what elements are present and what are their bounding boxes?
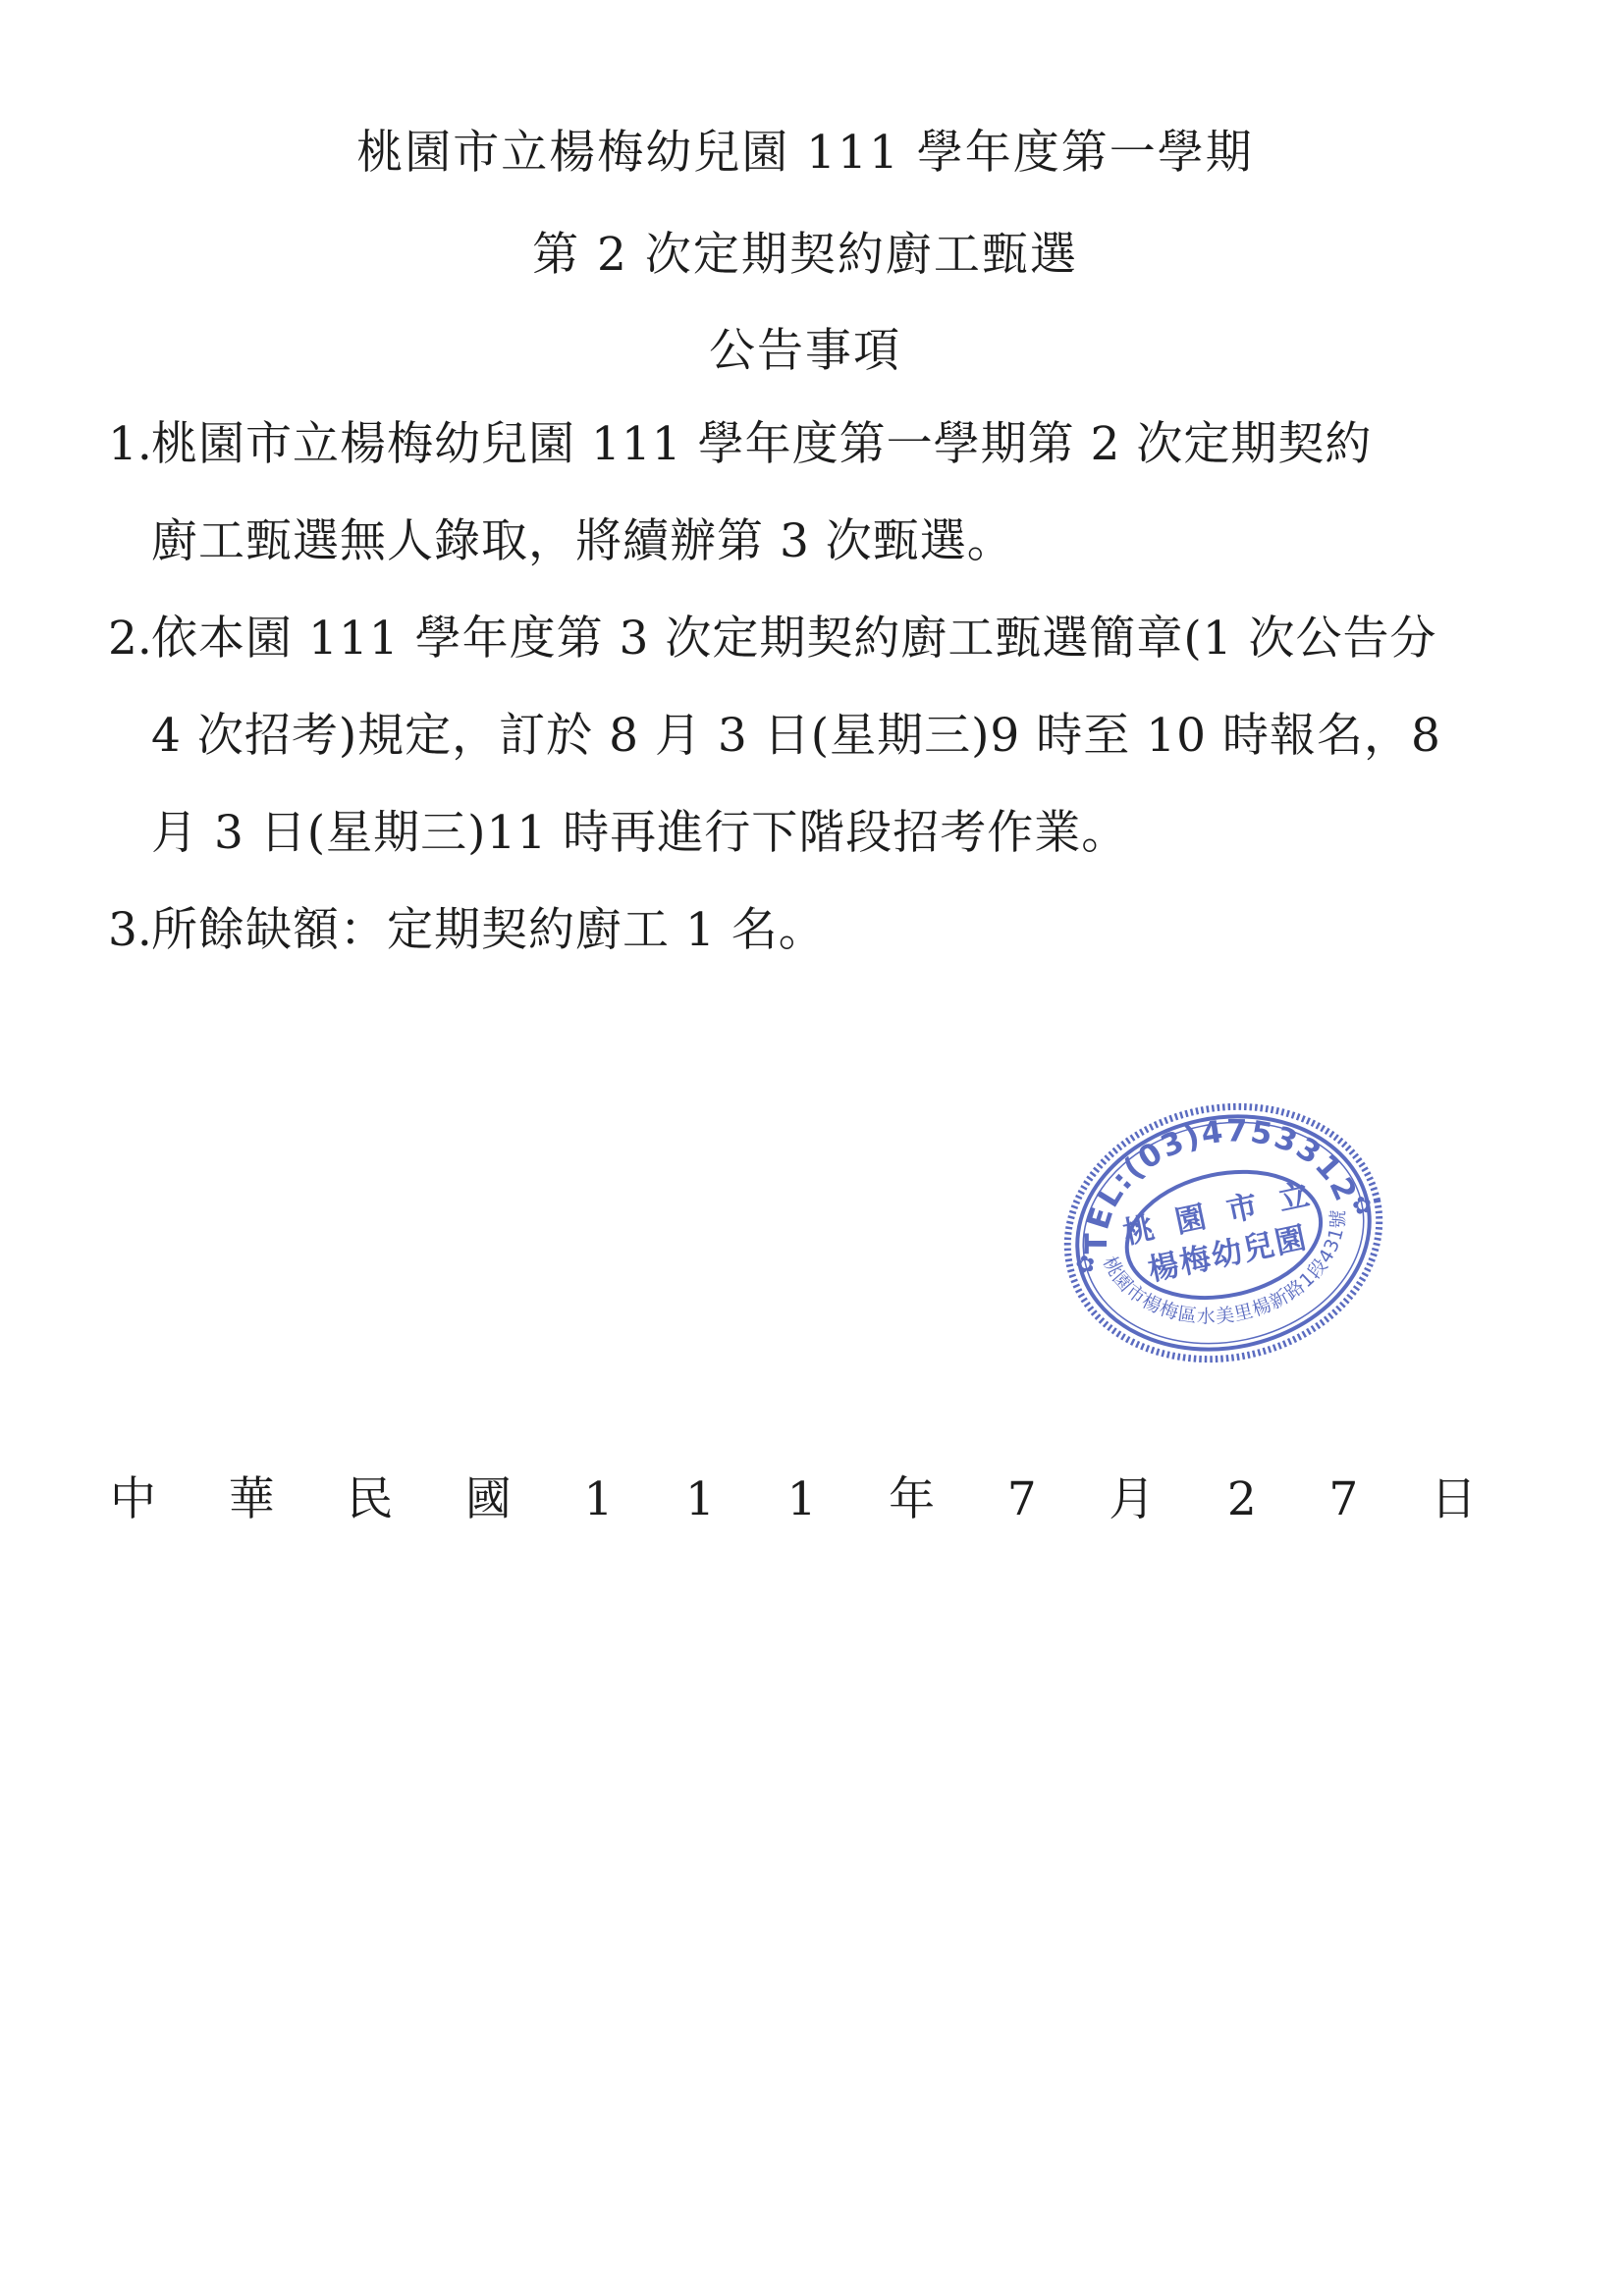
date-token: 1 bbox=[787, 1470, 817, 1529]
item-text-line: 所餘缺額：定期契約廚工 1 名。 bbox=[151, 881, 1483, 979]
list-item: 1. 桃園市立楊梅幼兒園 111 學年度第一學期第 2 次定期契約 廚工甄選無人… bbox=[108, 396, 1483, 590]
document-page: 桃園市立楊梅幼兒園 111 學年度第一學期 第 2 次定期契約廚工甄選 公告事項… bbox=[0, 0, 1624, 2296]
item-number: 3. bbox=[108, 881, 152, 979]
list-item: 2. 依本園 111 學年度第 3 次定期契約廚工甄選簡章(1 次公告分 4 次… bbox=[108, 590, 1483, 881]
flower-icon: ✿ bbox=[1350, 1190, 1375, 1221]
item-number: 2. bbox=[108, 590, 152, 687]
item-text-line: 桃園市立楊梅幼兒園 111 學年度第一學期第 2 次定期契約 bbox=[151, 396, 1483, 493]
date-token: 日 bbox=[1431, 1470, 1477, 1529]
date-token: 1 bbox=[685, 1470, 715, 1529]
date-token: 中 bbox=[110, 1470, 156, 1529]
official-stamp: TEL:(03)4753312 桃園市楊梅區水美里楊新路1段431號 ✿ ✿ 桃… bbox=[1056, 1095, 1390, 1370]
date-token: 2 bbox=[1227, 1470, 1257, 1529]
item-text-line: 4 次招考)規定，訂於 8 月 3 日(星期三)9 時至 10 時報名，8 bbox=[151, 687, 1483, 784]
page-title: 桃園市立楊梅幼兒園 111 學年度第一學期 bbox=[108, 116, 1502, 182]
item-number: 1. bbox=[108, 396, 152, 493]
date-token: 華 bbox=[229, 1470, 275, 1529]
announcement-list: 1. 桃園市立楊梅幼兒園 111 學年度第一學期第 2 次定期契約 廚工甄選無人… bbox=[108, 396, 1483, 979]
date-token: 7 bbox=[1007, 1470, 1037, 1529]
item-text-line: 月 3 日(星期三)11 時再進行下階段招考作業。 bbox=[151, 784, 1483, 881]
date-token: 1 bbox=[584, 1470, 614, 1529]
date-token: 7 bbox=[1328, 1470, 1358, 1529]
date-token: 月 bbox=[1109, 1470, 1155, 1529]
date-line: 中 華 民 國 1 1 1 年 7 月 2 7 日 bbox=[110, 1470, 1477, 1529]
date-token: 年 bbox=[889, 1470, 935, 1529]
date-token: 民 bbox=[347, 1470, 393, 1529]
section-heading: 公告事項 bbox=[108, 314, 1502, 380]
page-subtitle: 第 2 次定期契約廚工甄選 bbox=[108, 218, 1502, 284]
date-token: 國 bbox=[465, 1470, 512, 1529]
item-text-line: 廚工甄選無人錄取，將續辦第 3 次甄選。 bbox=[151, 493, 1483, 590]
item-text-line: 依本園 111 學年度第 3 次定期契約廚工甄選簡章(1 次公告分 bbox=[151, 590, 1483, 687]
list-item: 3. 所餘缺額：定期契約廚工 1 名。 bbox=[108, 881, 1483, 979]
